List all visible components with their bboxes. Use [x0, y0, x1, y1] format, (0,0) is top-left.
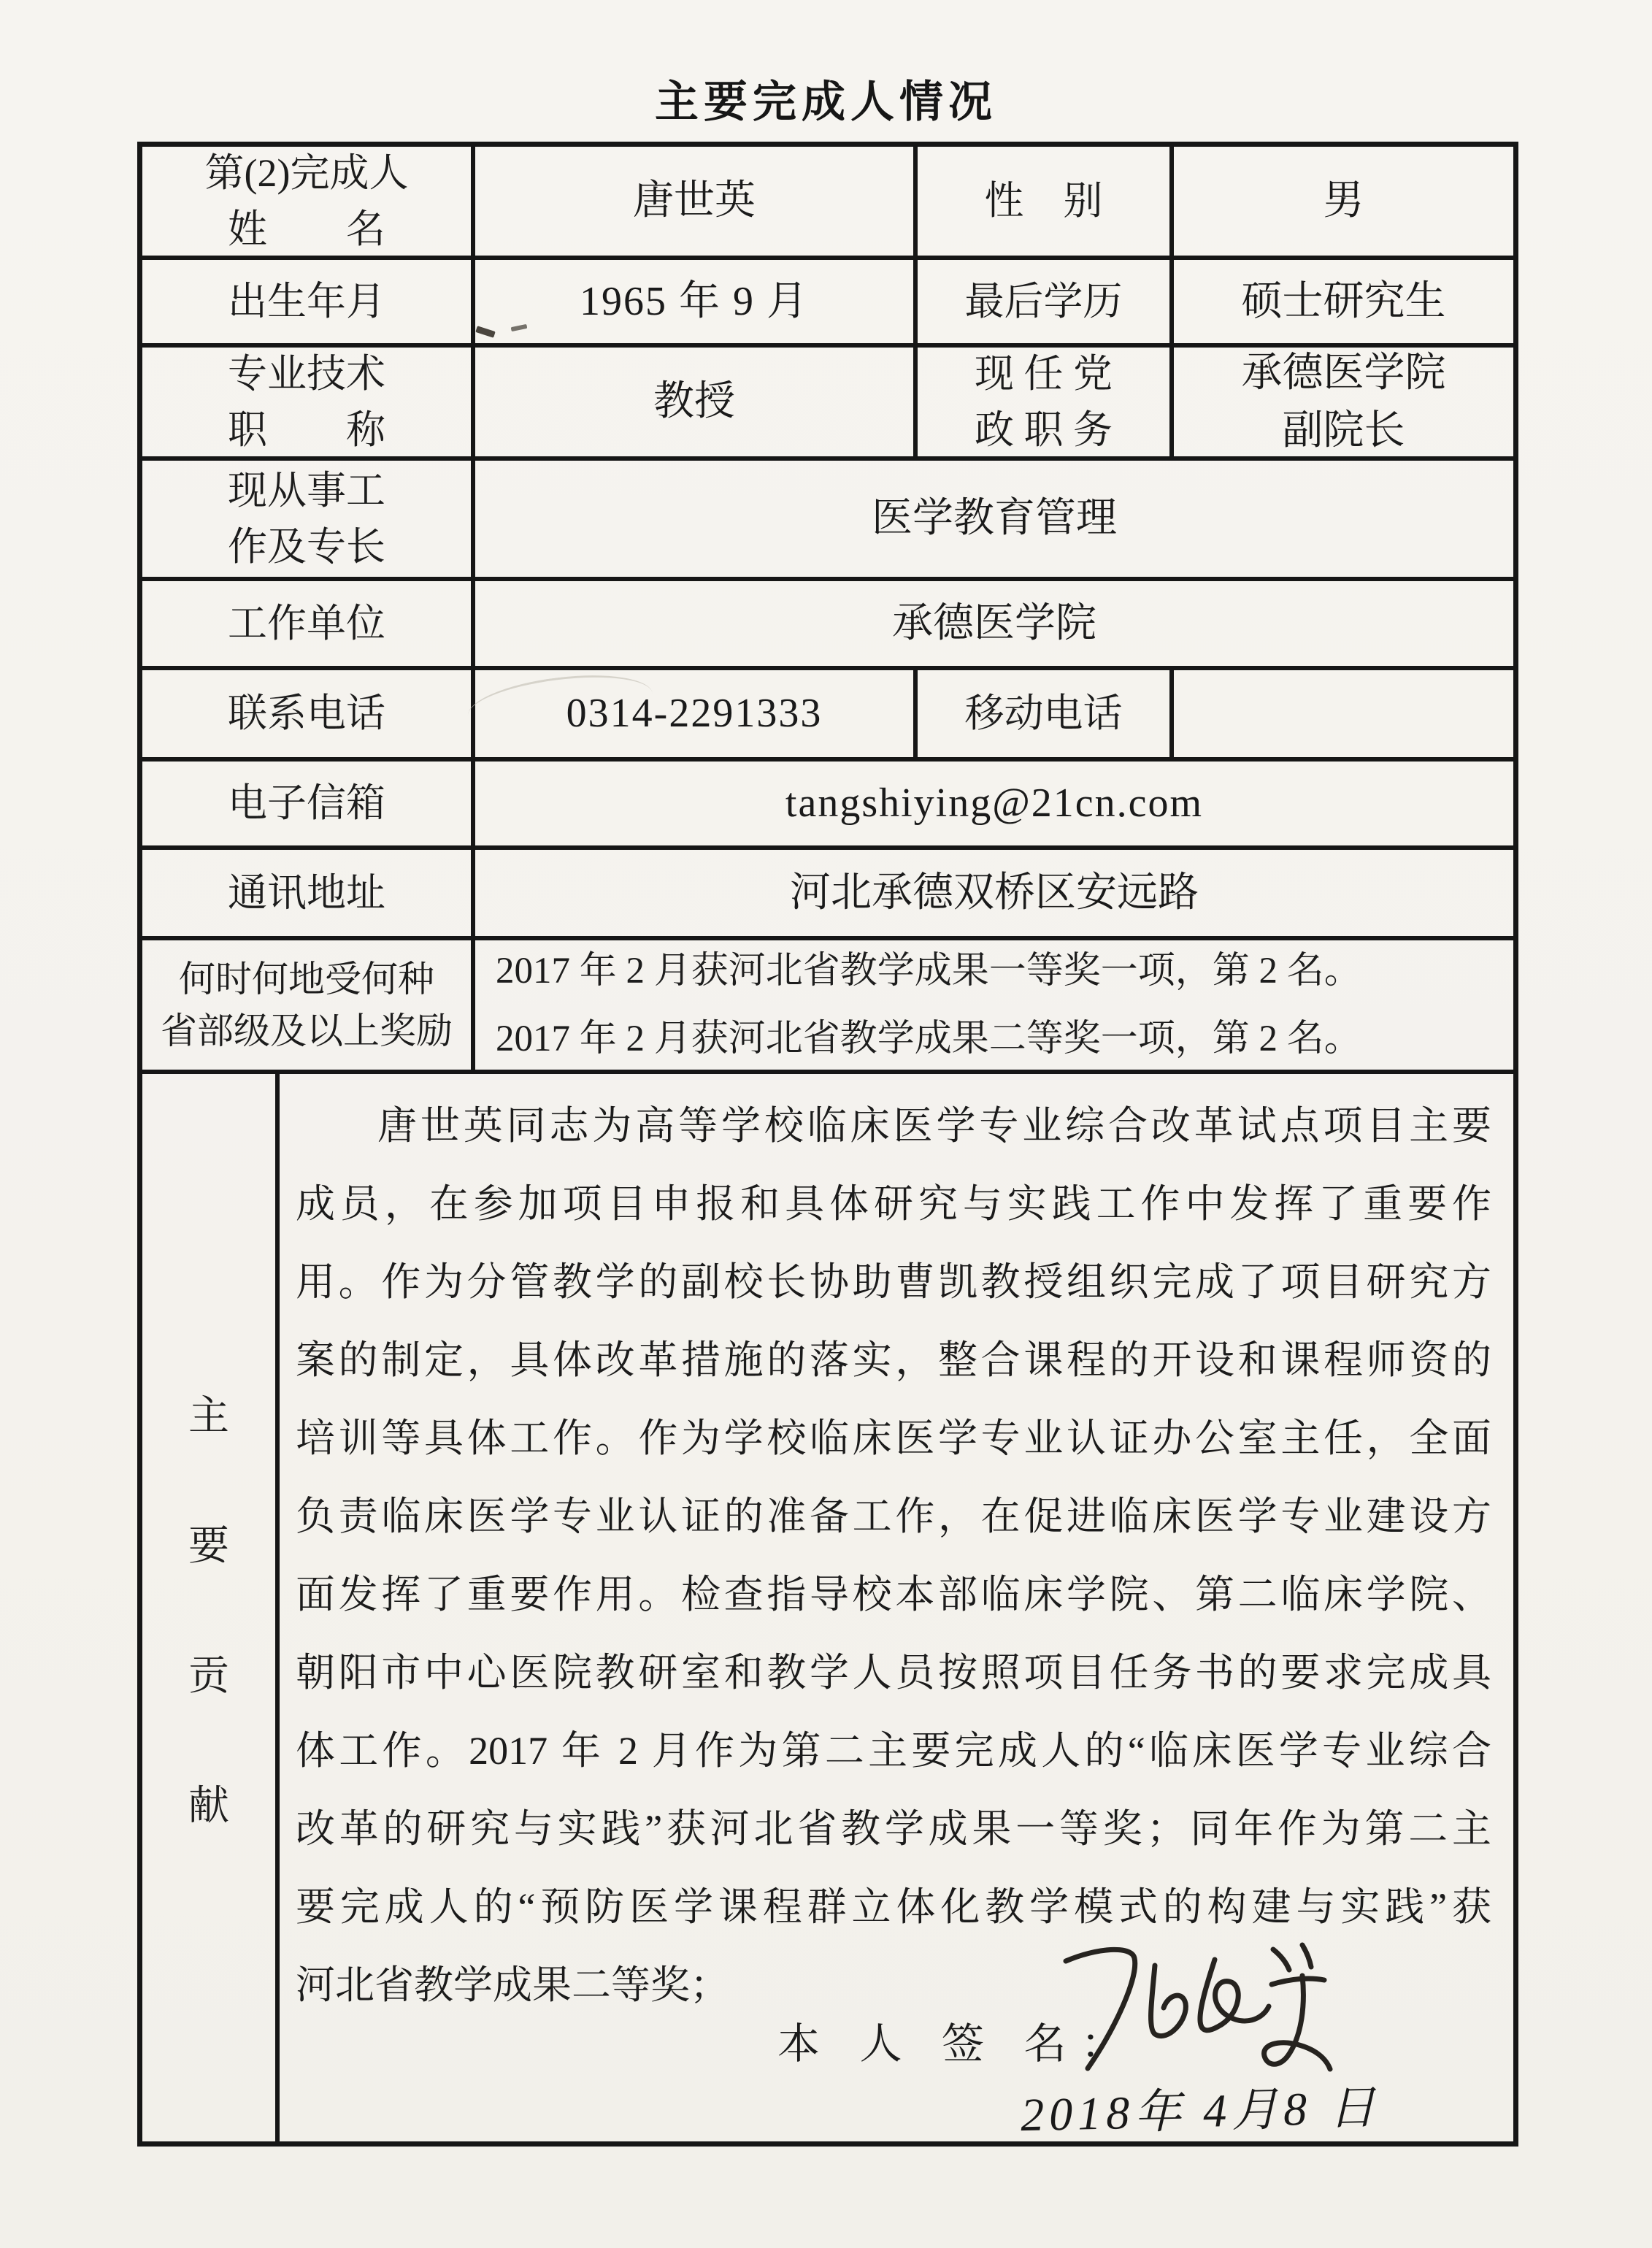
- contribution-line: 改革的研究与实践”获河北省教学成果一等奖；同年作为第二主: [296, 1790, 1491, 1868]
- awards-label: 何时何地受何种 省部级及以上奖励: [142, 940, 475, 1070]
- contributions-vertical-label: 主 要 贡 献: [142, 1074, 280, 2141]
- post-label: 现 任 党 政 职 务: [918, 348, 1174, 456]
- post-value: 承德医学院 副院长: [1174, 348, 1513, 456]
- gender-label: 性 别: [918, 147, 1174, 256]
- current-work-label-line1: 现从事工: [228, 465, 385, 516]
- address-label: 通讯地址: [142, 850, 475, 936]
- contribution-line: 面发挥了重要作用。检查指导校本部临床学院、第二临床学院、: [296, 1556, 1491, 1634]
- birthdate-value: 1965 年 9 月: [475, 260, 918, 343]
- post-label-line2: 政 职 务: [975, 404, 1113, 456]
- post-value-line2: 副院长: [1283, 404, 1405, 458]
- row-email: 电子信箱 tangshiying@21cn.com: [142, 762, 1513, 850]
- name-label-line2: 姓 名: [228, 204, 385, 255]
- contribution-line: 案的制定，具体改革措施的落实，整合课程的开设和课程师资的: [296, 1321, 1491, 1400]
- contributions-label-char2: 要: [188, 1514, 229, 1572]
- email-label: 电子信箱: [142, 762, 475, 845]
- row-name-gender: 第(2)完成人 姓 名 唐世英 性 别 男: [142, 147, 1513, 260]
- contributions-label-char3: 贡: [188, 1643, 229, 1702]
- scanned-form-sheet: 主要完成人情况 第(2)完成人 姓 名 唐世英 性 别 男 出生年月 1965 …: [0, 0, 1652, 2248]
- current-work-label-line2: 作及专长: [228, 521, 385, 572]
- mobile-value: [1174, 670, 1513, 757]
- degree-value: 硕士研究生: [1174, 260, 1513, 343]
- name-label-line1: 第(2)完成人: [205, 147, 409, 199]
- row-current-work: 现从事工 作及专长 医学教育管理: [142, 461, 1513, 581]
- gender-value: 男: [1174, 147, 1513, 256]
- address-value: 河北承德双桥区安远路: [475, 850, 1513, 936]
- signature-handwriting: [1045, 1933, 1345, 2090]
- employer-value: 承德医学院: [475, 581, 1513, 666]
- row-employer: 工作单位 承德医学院: [142, 581, 1513, 670]
- contribution-line: 唐世英同志为高等学校临床医学专业综合改革试点项目主要: [296, 1087, 1491, 1165]
- row-address: 通讯地址 河北承德双桥区安远路: [142, 850, 1513, 940]
- name-value: 唐世英: [475, 147, 918, 256]
- tech-title-label-line2: 职 称: [228, 404, 385, 456]
- awards-value: 2017 年 2 月获河北省教学成果一等奖一项，第 2 名。 2017 年 2 …: [475, 940, 1513, 1070]
- contribution-line: 体工作。2017 年 2 月作为第二主要完成人的“临床医学专业综合: [296, 1712, 1491, 1790]
- tech-title-label: 专业技术 职 称: [142, 348, 475, 456]
- phone-label: 联系电话: [142, 670, 475, 757]
- signature-date: 2018年 4月8 日: [1020, 2070, 1381, 2144]
- award-entry-1: 2017 年 2 月获河北省教学成果一等奖一项，第 2 名。: [496, 953, 1361, 990]
- contribution-line: 用。作为分管教学的副校长协助曹凯教授组织完成了项目研究方: [296, 1243, 1491, 1321]
- contribution-line: 负责临床医学专业认证的准备工作，在促进临床医学专业建设方: [296, 1478, 1491, 1556]
- employer-label: 工作单位: [142, 581, 475, 666]
- post-value-line1: 承德医学院: [1242, 347, 1446, 400]
- row-title-post: 专业技术 职 称 教授 现 任 党 政 职 务 承德医学院 副院长: [142, 348, 1513, 461]
- birthdate-label: 出生年月: [142, 260, 475, 343]
- post-label-line1: 现 任 党: [975, 348, 1113, 399]
- award-entry-2: 2017 年 2 月获河北省教学成果二等奖一项，第 2 名。: [496, 1021, 1361, 1058]
- name-label: 第(2)完成人 姓 名: [142, 147, 475, 256]
- contributions-label-char1: 主: [188, 1384, 229, 1442]
- mobile-label: 移动电话: [918, 670, 1174, 757]
- contribution-line: 成员，在参加项目申报和具体研究与实践工作中发挥了重要作: [296, 1165, 1491, 1243]
- contribution-line: 培训等具体工作。作为学校临床医学专业认证办公室主任，全面: [296, 1400, 1491, 1478]
- row-birth-degree: 出生年月 1965 年 9 月 最后学历 硕士研究生: [142, 260, 1513, 348]
- row-phone-mobile: 联系电话 0314-2291333 移动电话: [142, 670, 1513, 762]
- current-work-label: 现从事工 作及专长: [142, 461, 475, 577]
- tech-title-label-line1: 专业技术: [228, 348, 385, 399]
- degree-label: 最后学历: [918, 260, 1174, 343]
- contribution-line: 朝阳市中心医院教研室和教学人员按照项目任务书的要求完成具: [296, 1634, 1491, 1712]
- awards-label-line1: 何时何地受何种: [179, 956, 434, 1003]
- awards-label-line2: 省部级及以上奖励: [161, 1008, 453, 1055]
- tech-title-value: 教授: [475, 348, 918, 456]
- row-awards: 何时何地受何种 省部级及以上奖励 2017 年 2 月获河北省教学成果一等奖一项…: [142, 940, 1513, 1074]
- current-work-value: 医学教育管理: [475, 461, 1513, 577]
- contributions-label-char4: 献: [188, 1773, 229, 1832]
- contributor-form-table: 第(2)完成人 姓 名 唐世英 性 别 男 出生年月 1965 年 9 月 最后…: [137, 142, 1518, 2147]
- email-value: tangshiying@21cn.com: [475, 762, 1513, 845]
- page-title: 主要完成人情况: [0, 67, 1652, 130]
